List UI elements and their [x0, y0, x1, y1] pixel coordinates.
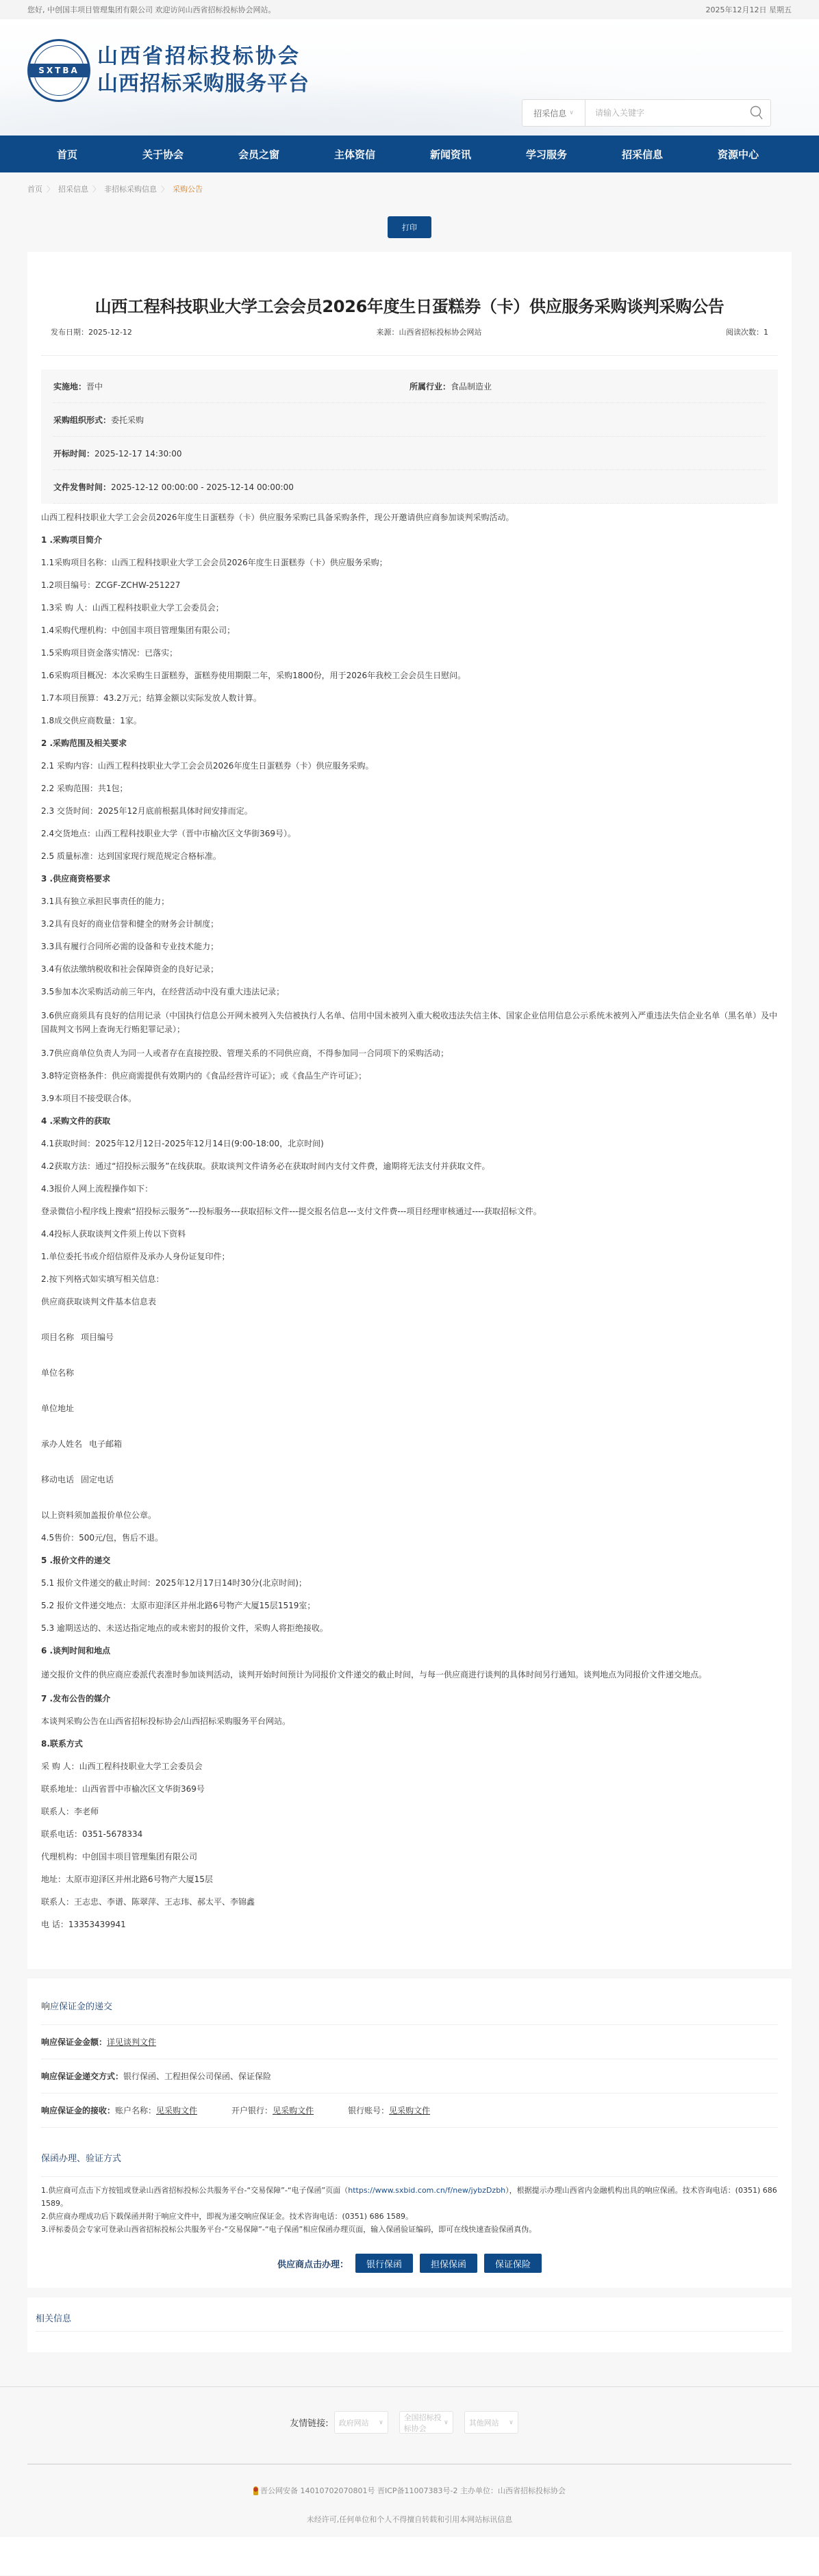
doc-sale-value: 2025-12-12 00:00:00 - 2025-12-14 00:00:0…: [111, 482, 294, 492]
related-info-card: 相关信息: [27, 2297, 792, 2352]
deposit-method-row: 响应保证金递交方式： 银行保函、工程担保公司保函、保证保险: [41, 2059, 778, 2094]
friendly-links-label: 友情链接:: [290, 2416, 328, 2429]
paragraph: 联系电话：0351-5678334: [41, 1829, 778, 1840]
deposit-title: 响应保证金的递交: [41, 1979, 778, 2025]
table-cell: 项目名称: [41, 1332, 74, 1343]
logo-band-text: SXTBA: [29, 64, 88, 77]
site-footer: 晋公网安备 14010702070801号 晋ICP备11007383号-2 主…: [27, 2464, 792, 2537]
deposit-method-value: 银行保函、工程担保公司保函、保证保险: [123, 2070, 271, 2082]
paragraph: 2.按下列格式如实填写相关信息：: [41, 1274, 778, 1285]
footer-registration: 晋公网安备 14010702070801号 晋ICP备11007383号-2 主…: [27, 2485, 792, 2496]
top-bar: 您好, 中创国丰项目管理集团有限公司 欢迎访问山西省招标投标协会网站。 2025…: [0, 0, 819, 19]
related-info-title: 相关信息: [36, 2297, 783, 2332]
breadcrumb: 首页 〉 招采信息 〉 非招标采购信息 〉 采购公告: [0, 172, 819, 205]
account-no-label: 银行账号：: [348, 2104, 389, 2116]
guarantee-instructions: 1.供应商可点击下方按钮或登录山西省招标投标公共服务平台-“交易保障”-“电子保…: [41, 2177, 778, 2236]
paragraph: 4.2获取方法：通过“招投标云服务”在线获取。获取谈判文件请务必在获取时间内支付…: [41, 1161, 778, 1172]
search-category-select[interactable]: 招采信息 ∨: [522, 100, 585, 126]
paragraph: 2.3 交货时间：2025年12月底前根据具体时间安排而定。: [41, 806, 778, 816]
search-box: 招采信息 ∨: [522, 99, 771, 127]
guarantee-line-3: 3.评标委员会专家可登录山西省招标投标公共服务平台-“交易保障”-“电子保函”相…: [41, 2223, 778, 2236]
article-body: 山西工程科技职业大学工会会员2026年度生日蛋糕券（卡）供应服务采购已具备采购条…: [41, 504, 778, 1930]
paragraph: 联系人：李老师: [41, 1806, 778, 1817]
paragraph: 联系人：王志忠、李谱、陈翠萍、王志玮、郝太平、李锦鑫: [41, 1896, 778, 1907]
breadcrumb-separator: 〉: [92, 183, 100, 194]
account-name-link[interactable]: 见采购文件: [156, 2104, 197, 2116]
national-assoc-select[interactable]: 全国招标投标协会∨: [399, 2411, 453, 2434]
paragraph: 电 话：13353439941: [41, 1919, 778, 1930]
site-logo[interactable]: SXTBA 山西省招标投标协会 山西招标采购服务平台: [27, 39, 310, 102]
table-cell: 单位名称: [41, 1367, 74, 1378]
info-row: 文件发售时间：2025-12-12 00:00:00 - 2025-12-14 …: [53, 470, 766, 504]
logo-emblem-icon: SXTBA: [27, 39, 90, 102]
paragraph: 1.8成交供应商数量：1家。: [41, 715, 778, 726]
deposit-amount-link[interactable]: 详见谈判文件: [107, 2036, 156, 2048]
paragraph: 5.1 报价文件递交的截止时间：2025年12月17日14时30分(北京时间)；: [41, 1577, 778, 1588]
guarantee-line-1: 1.供应商可点击下方按钮或登录山西省招标投标公共服务平台-“交易保障”-“电子保…: [41, 2184, 778, 2210]
industry-value: 食品制造业: [451, 382, 492, 391]
info-row: 开标时间：2025-12-17 14:30:00: [53, 437, 766, 470]
paragraph: 1.7本项目预算：43.2万元；结算金额以实际发放人数计算。: [41, 693, 778, 704]
nav-learning[interactable]: 学习服务: [499, 136, 594, 172]
site-title-line1: 山西省招标投标协会: [97, 43, 310, 70]
police-badge-icon: [253, 2486, 258, 2495]
paragraph: 1.5采购项目资金落实情况：已落实；: [41, 647, 778, 658]
paragraph: 2.1 采购内容：山西工程科技职业大学工会会员2026年度生日蛋糕券（卡）供应服…: [41, 760, 778, 771]
deposit-amount-row: 响应保证金金额： 详见谈判文件: [41, 2025, 778, 2059]
org-form-label: 采购组织形式：: [53, 415, 111, 425]
deposit-amount-label: 响应保证金金额：: [41, 2036, 107, 2048]
nav-about[interactable]: 关于协会: [115, 136, 211, 172]
breadcrumb-procurement[interactable]: 招采信息: [58, 183, 88, 194]
doc-sale-label: 文件发售时间：: [53, 482, 111, 492]
breadcrumb-separator: 〉: [161, 183, 168, 194]
paragraph: 4.4投标人获取谈判文件须上传以下资料: [41, 1228, 778, 1239]
intro-paragraph: 山西工程科技职业大学工会会员2026年度生日蛋糕券（卡）供应服务采购已具备采购条…: [41, 512, 778, 523]
info-table-row: 单位名称: [41, 1367, 778, 1378]
paragraph: 4.5售价：500元/包，售后不退。: [41, 1532, 778, 1543]
paragraph: 本谈判采购公告在山西省招标投标协会/山西招标采购服务平台网站。: [41, 1716, 778, 1727]
print-area: 打印: [0, 205, 819, 252]
nav-news[interactable]: 新闻资讯: [403, 136, 499, 172]
select-label: 全国招标投标协会: [404, 2412, 444, 2434]
select-label: 政府网站: [339, 2417, 369, 2428]
paragraph: 以上资料须加盖报价单位公章。: [41, 1510, 778, 1521]
paragraph: 登录微信小程序线上搜索“招投标云服务”---投标服务---获取招标文件---提交…: [41, 1206, 778, 1217]
bank-link[interactable]: 见采购文件: [273, 2104, 314, 2116]
paragraph: 递交报价文件的供应商应委派代表准时参加谈判活动，谈判开始时间预计为同报价文件递交…: [41, 1668, 778, 1682]
paragraph: 地址：太原市迎泽区并州北路6号物产大厦15层: [41, 1874, 778, 1885]
site-title-line2: 山西招标采购服务平台: [97, 70, 310, 98]
deposit-receive-row: 响应保证金的接收： 账户名称： 见采购文件 开户银行： 见采购文件 银行账号： …: [41, 2094, 778, 2128]
paragraph: 2.4交货地点：山西工程科技职业大学（晋中市榆次区文华街369号）。: [41, 828, 778, 839]
open-time-value: 2025-12-17 14:30:00: [94, 449, 181, 459]
location-label: 实施地：: [53, 382, 86, 391]
section-heading: 5 .报价文件的递交: [41, 1555, 778, 1566]
breadcrumb-non-tender[interactable]: 非招标采购信息: [104, 183, 157, 194]
paragraph: 3.2具有良好的商业信誉和健全的财务会计制度；: [41, 918, 778, 929]
footer-copyright: 未经许可,任何单位和个人不得擅自转载和引用本网站标讯信息: [27, 2514, 792, 2525]
article-meta: 发布日期：2025-12-12 来源：山西省招标投标协会网站 阅读次数：1: [41, 326, 778, 356]
info-row: 采购组织形式：委托采购: [53, 403, 766, 437]
paragraph: 代理机构：中创国丰项目管理集团有限公司: [41, 1851, 778, 1862]
breadcrumb-separator: 〉: [47, 183, 54, 194]
deposit-receive-label: 响应保证金的接收：: [41, 2104, 115, 2116]
paragraph: 3.4有依法缴纳税收和社会保障资金的良好记录；: [41, 964, 778, 975]
guarantee-text: 1.供应商可点击下方按钮或登录山西省招标投标公共服务平台-“交易保障”-“电子保…: [41, 2186, 348, 2195]
info-table-row: 项目名称项目编号: [41, 1332, 778, 1343]
table-cell: 固定电话: [81, 1474, 114, 1485]
breadcrumb-home[interactable]: 首页: [27, 183, 42, 194]
article-card: 山西工程科技职业大学工会会员2026年度生日蛋糕券（卡）供应服务采购谈判采购公告…: [27, 252, 792, 1969]
bank-guarantee-button[interactable]: 银行保函: [355, 2254, 413, 2273]
search-icon[interactable]: [743, 105, 770, 120]
table-cell: 移动电话: [41, 1474, 74, 1485]
paragraph: 1.4采购代理机构：中创国丰项目管理集团有限公司；: [41, 625, 778, 636]
view-count: 阅读次数：1: [726, 326, 768, 337]
paragraph: 5.2 报价文件递交地点：太原市迎泽区并州北路6号物产大厦15层1519室；: [41, 1600, 778, 1611]
other-sites-select[interactable]: 其他网站∨: [464, 2411, 518, 2434]
guarantee-actions: 供应商点击办理： 银行保函 担保保函 保证保险: [41, 2236, 778, 2288]
paragraph: 采 购 人：山西工程科技职业大学工会委员会: [41, 1761, 778, 1772]
guarantee-insurance-button[interactable]: 保证保险: [484, 2254, 542, 2273]
print-button[interactable]: 打印: [388, 216, 431, 238]
nav-resources[interactable]: 资源中心: [690, 136, 786, 172]
current-date: 2025年12月12日 星期五: [706, 4, 792, 15]
account-name-label: 账户名称：: [115, 2104, 156, 2116]
paragraph: 3.9本项目不接受联合体。: [41, 1093, 778, 1104]
table-cell: 承办人姓名: [41, 1439, 82, 1450]
info-row: 实施地：晋中 所属行业：食品制造业: [53, 370, 766, 403]
table-cell: 电子邮箱: [89, 1439, 122, 1450]
paragraph: 4.3报价人网上流程操作如下：: [41, 1183, 778, 1194]
paragraph: 联系地址：山西省晋中市榆次区文华街369号: [41, 1783, 778, 1794]
deposit-method-label: 响应保证金递交方式：: [41, 2070, 123, 2082]
info-table-row: 移动电话固定电话: [41, 1474, 778, 1485]
table-cell: 项目编号: [81, 1332, 114, 1343]
paragraph: 5.3 逾期送达的、未送达指定地点的或未密封的报价文件，采购人将拒绝接收。: [41, 1623, 778, 1634]
welcome-text: 您好, 中创国丰项目管理集团有限公司 欢迎访问山西省招标投标协会网站。: [27, 4, 276, 15]
chevron-down-icon: ∨: [444, 2419, 449, 2426]
nav-credit[interactable]: 主体资信: [307, 136, 403, 172]
paragraph: 1.6采购项目概况：本次采购生日蛋糕券，蛋糕券使用期限二年，采购1800份，用于…: [41, 670, 778, 681]
paragraph: 3.7供应商单位负责人为同一人或者存在直接控股、管理关系的不同供应商，不得参加同…: [41, 1048, 778, 1059]
gov-sites-select[interactable]: 政府网站∨: [334, 2411, 388, 2434]
paragraph: 3.3具有履行合同所必需的设备和专业技术能力；: [41, 941, 778, 952]
location-value: 晋中: [86, 382, 103, 391]
paragraph: 3.6供应商须具有良好的信用记录（中国执行信息公开网未被列入失信被执行人名单、信…: [41, 1009, 778, 1036]
paragraph: 2.2 采购范围：共1包；: [41, 783, 778, 794]
section-heading: 7 .发布公告的媒介: [41, 1693, 778, 1704]
guarantee-title: 保函办理、验证方式: [41, 2151, 778, 2177]
nav-members[interactable]: 会员之窗: [211, 136, 307, 172]
main-nav: 首页 关于协会 会员之窗 主体资信 新闻资讯 学习服务 招采信息 资源中心: [0, 136, 819, 172]
article-title: 山西工程科技职业大学工会会员2026年度生日蛋糕券（卡）供应服务采购谈判采购公告: [41, 293, 778, 317]
publish-date: 发布日期：2025-12-12: [51, 326, 132, 337]
friendly-links: 友情链接: 政府网站∨ 全国招标投标协会∨ 其他网站∨: [0, 2386, 819, 2434]
section-heading: 2 .采购范围及相关要求: [41, 738, 778, 749]
guarantee-platform-link[interactable]: https://www.sxbid.com.cn/f/new/jybzDzbh: [348, 2186, 505, 2195]
section-heading: 4 .采购文件的获取: [41, 1116, 778, 1126]
paragraph: 3.1具有独立承担民事责任的能力；: [41, 896, 778, 907]
account-no-link[interactable]: 见采购文件: [389, 2104, 430, 2116]
surety-guarantee-button[interactable]: 担保保函: [420, 2254, 477, 2273]
select-label: 其他网站: [469, 2417, 499, 2428]
section-heading: 8.联系方式: [41, 1738, 778, 1749]
industry-label: 所属行业：: [409, 382, 451, 391]
org-form-value: 委托采购: [111, 415, 144, 425]
bank-label: 开户银行：: [231, 2104, 273, 2116]
footer-registration-text: 晋公网安备 14010702070801号 晋ICP备11007383号-2 主…: [260, 2485, 566, 2496]
search-category-label: 招采信息: [533, 107, 566, 119]
search-input[interactable]: [585, 108, 743, 118]
chevron-down-icon: ∨: [379, 2419, 383, 2426]
open-time-label: 开标时间：: [53, 449, 94, 459]
guarantee-line-2: 2.供应商办理成功后下载保函并附于响应文件中，即视为递交响应保证金。技术咨询电话…: [41, 2210, 778, 2223]
paragraph: 供应商获取谈判文件基本信息表: [41, 1296, 778, 1307]
nav-procurement[interactable]: 招采信息: [594, 136, 690, 172]
paragraph: 1.3采 购 人：山西工程科技职业大学工会委员会；: [41, 602, 778, 613]
deposit-card: 响应保证金的递交 响应保证金金额： 详见谈判文件 响应保证金递交方式： 银行保函…: [27, 1979, 792, 2288]
paragraph: 1.2项目编号：ZCGF-ZCHW-251227: [41, 580, 778, 591]
paragraph: 3.5参加本次采购活动前三年内，在经营活动中没有重大违法记录；: [41, 986, 778, 997]
paragraph: 3.8特定资格条件：供应商需提供有效期内的《食品经营许可证》；或《食品生产许可证…: [41, 1070, 778, 1081]
section-heading: 6 .谈判时间和地点: [41, 1645, 778, 1656]
chevron-down-icon: ∨: [569, 110, 574, 116]
section-heading: 3 .供应商资格要求: [41, 873, 778, 884]
article-source: 来源：山西省招标投标协会网站: [376, 326, 481, 337]
project-info-box: 实施地：晋中 所属行业：食品制造业 采购组织形式：委托采购 开标时间：2025-…: [41, 370, 778, 504]
paragraph: 2.5 质量标准：达到国家现行规范规定合格标准。: [41, 851, 778, 862]
paragraph: 4.1获取时间：2025年12月12日-2025年12月14日(9:00-18:…: [41, 1138, 778, 1149]
info-table-row: 单位地址: [41, 1403, 778, 1414]
section-heading: 1 .采购项目简介: [41, 534, 778, 545]
paragraph: 1.1采购项目名称：山西工程科技职业大学工会会员2026年度生日蛋糕券（卡）供应…: [41, 557, 778, 568]
paragraph: 1.单位委托书或介绍信原件及承办人身份证复印件；: [41, 1251, 778, 1262]
nav-home[interactable]: 首页: [19, 136, 115, 172]
logo-text: 山西省招标投标协会 山西招标采购服务平台: [97, 43, 310, 98]
breadcrumb-current: 采购公告: [173, 183, 203, 194]
site-header: SXTBA 山西省招标投标协会 山西招标采购服务平台 招采信息 ∨: [0, 19, 819, 136]
guarantee-action-label: 供应商点击办理：: [277, 2257, 349, 2270]
info-table-row: 承办人姓名电子邮箱: [41, 1439, 778, 1450]
table-cell: 单位地址: [41, 1403, 74, 1414]
chevron-down-icon: ∨: [509, 2419, 514, 2426]
